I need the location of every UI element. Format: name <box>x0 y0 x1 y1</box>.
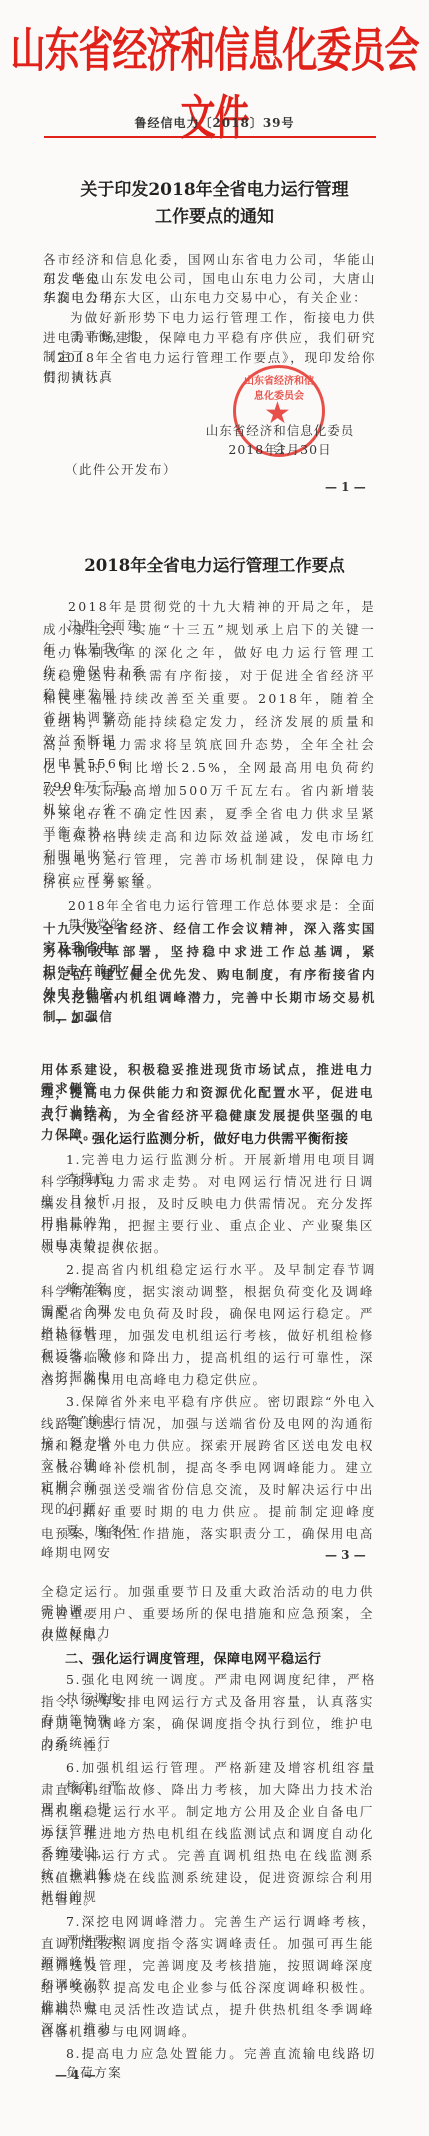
document-number: 鲁经信电力〔2018〕39号 <box>0 114 429 131</box>
item-5-line-4: 的统一性。 <box>41 1736 374 1755</box>
item-2-line-6: 潜力，确保用电高峰电力稳定供应。 <box>41 1370 374 1389</box>
red-divider-line <box>44 136 376 138</box>
document-title: 2018年全省电力运行管理工作要点 <box>0 552 429 576</box>
notice-title-line-2: 工作要点的通知 <box>0 202 429 227</box>
section-1-title: 一、强化运行监测分析，做好电力供需平衡衔接 <box>65 1128 349 1147</box>
item-1-line-5: 领导决策提供依据。 <box>41 1238 374 1257</box>
item-4-cont-line-3: 供应保障。 <box>41 1626 374 1645</box>
item-7-line-6: 自备机组参与电网调峰。 <box>41 2022 374 2041</box>
signing-date: 2018年1月30日 <box>200 440 360 458</box>
page-3: 用体系建设，积极稳妥推进现货市场试点，推进电力需求侧管 理，提高电力保供能力和资… <box>0 1040 429 1580</box>
page-1: 山东省经济和信息化委员会文件 鲁经信电力〔2018〕39号 关于印发2018年全… <box>0 0 429 500</box>
page-number-2: — 2 — <box>55 1012 96 1026</box>
page-2: 2018年全省电力运行管理工作要点 2018年是贯彻党的十九大精神的开局之年，是… <box>0 500 429 1040</box>
publish-note: （此件公开发布） <box>65 460 215 479</box>
page-number-1: — 1 — <box>325 480 366 494</box>
item-6-line-7: 范管理。 <box>41 1890 374 1909</box>
page-number-3: — 3 — <box>325 1548 366 1562</box>
notice-title-line-1: 关于印发2018年全省电力运行管理 <box>0 175 429 200</box>
section-2-title: 二、强化运行调度管理，保障电网平稳运行 <box>65 1648 322 1667</box>
notice-body-line-4: 贯彻执行。 <box>43 368 376 387</box>
item-8-line-1: 8.提高电力应急处置能力。完善直流输电线路切负荷方案 <box>66 2044 376 2082</box>
page-number-4: — 4 — <box>55 2068 96 2082</box>
page-4: 全稳定运行。加强重要节日及重大政治活动的电力供需协调， 完善重要用户、重要场所的… <box>0 1580 429 2136</box>
recipients-line-3: 华润电力华东大区，山东电力交易中心，有关企业： <box>43 288 376 307</box>
intro-line-13: 济供应任务繁重。 <box>43 873 376 892</box>
